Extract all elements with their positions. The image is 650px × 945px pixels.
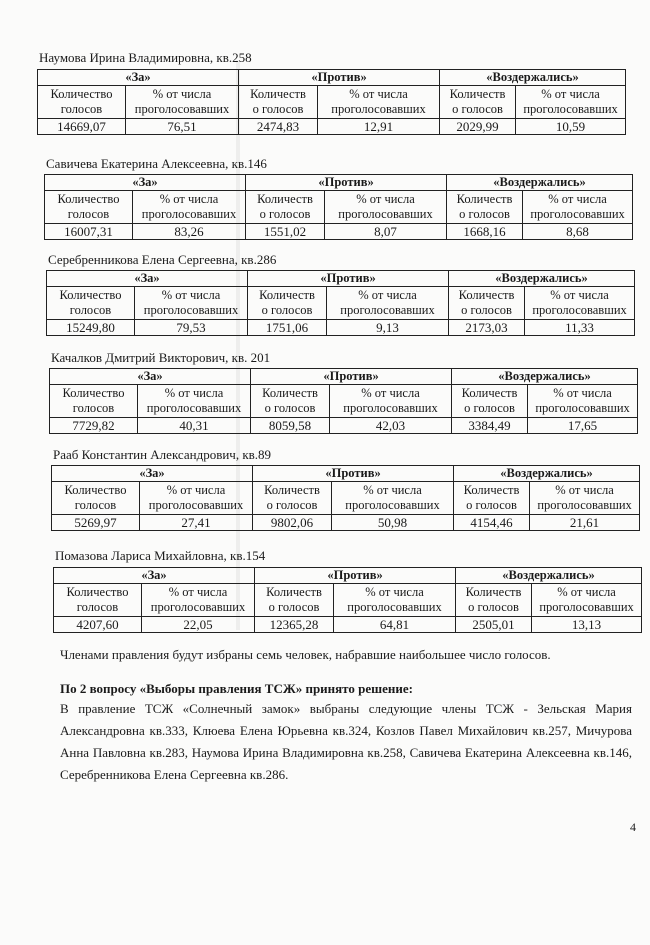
column-header-line: о голосов	[248, 303, 326, 318]
scan-shadow	[236, 60, 240, 630]
column-header: Количествоголосов	[47, 287, 135, 320]
vote-table: «За»«Против»«Воздержались»Количествоголо…	[37, 69, 626, 135]
column-group-header: «Против»	[255, 568, 456, 584]
column-header-line: Количество	[47, 288, 134, 303]
decision-heading: По 2 вопросу «Выборы правления ТСЖ» прин…	[60, 678, 632, 700]
column-header-line: о голосов	[239, 102, 317, 117]
vote-value: 42,03	[330, 418, 452, 434]
vote-value: 8059,58	[251, 418, 330, 434]
vote-value: 12365,28	[255, 617, 334, 633]
column-group-header: «Воздержались»	[449, 271, 635, 287]
vote-value: 5269,97	[52, 515, 140, 531]
vote-value: 27,41	[140, 515, 253, 531]
column-header-line: проголосовавших	[142, 600, 254, 615]
column-header-line: Количеств	[239, 87, 317, 102]
column-header-line: Количеств	[449, 288, 524, 303]
column-header: % от числапроголосовавших	[126, 86, 239, 119]
column-group-header: «Против»	[239, 70, 440, 86]
vote-table: «За»«Против»«Воздержались»Количествоголо…	[53, 567, 642, 633]
vote-value: 11,33	[525, 320, 635, 336]
vote-value: 1751,06	[248, 320, 327, 336]
vote-value: 2474,83	[239, 119, 318, 135]
column-header-line: Количеств	[255, 585, 333, 600]
column-header-line: о голосов	[253, 498, 331, 513]
column-header: Количество голосов	[253, 482, 332, 515]
column-header-line: о голосов	[246, 207, 324, 222]
vote-value: 22,05	[142, 617, 255, 633]
column-header-line: Количеств	[447, 192, 522, 207]
decision-text: В правление ТСЖ «Солнечный замок» выбран…	[60, 698, 632, 786]
column-group-header: «Против»	[248, 271, 449, 287]
column-header-line: голосов	[50, 401, 137, 416]
table-row: 15249,8079,531751,069,132173,0311,33	[47, 320, 635, 336]
column-header-line: о голосов	[255, 600, 333, 615]
column-header-line: % от числа	[523, 192, 632, 207]
column-header-line: % от числа	[530, 483, 639, 498]
column-header: Количество голосов	[440, 86, 516, 119]
column-header-line: голосов	[52, 498, 139, 513]
column-header: % от числапроголосовавших	[516, 86, 626, 119]
vote-value: 8,07	[325, 224, 447, 240]
column-header: % от числапроголосовавших	[530, 482, 640, 515]
vote-value: 14669,07	[38, 119, 126, 135]
vote-value: 7729,82	[50, 418, 138, 434]
column-group-header: «Воздержались»	[447, 175, 633, 191]
column-header: Количество голосов	[449, 287, 525, 320]
column-group-header: «Воздержались»	[452, 369, 638, 385]
column-header: % от числапроголосовавших	[318, 86, 440, 119]
column-group-header: «За»	[47, 271, 248, 287]
column-header-line: % от числа	[332, 483, 453, 498]
column-header-line: проголосовавших	[532, 600, 641, 615]
column-header: % от числапроголосовавших	[140, 482, 253, 515]
vote-value: 12,91	[318, 119, 440, 135]
election-note: Членами правления будут избраны семь чел…	[60, 644, 632, 666]
column-header-line: проголосовавших	[528, 401, 637, 416]
column-group-header: «За»	[45, 175, 246, 191]
column-header: % от числапроголосовавших	[138, 385, 251, 418]
column-header-line: Количество	[52, 483, 139, 498]
column-header-line: голосов	[54, 600, 141, 615]
vote-value: 79,53	[135, 320, 248, 336]
column-header-line: % от числа	[525, 288, 634, 303]
vote-value: 13,13	[532, 617, 642, 633]
column-header-line: Количество	[45, 192, 132, 207]
vote-value: 40,31	[138, 418, 251, 434]
column-header-line: проголосовавших	[327, 303, 448, 318]
vote-value: 10,59	[516, 119, 626, 135]
column-header: % от числапроголосовавших	[325, 191, 447, 224]
column-header-line: Количество	[50, 386, 137, 401]
column-header: Количество голосов	[251, 385, 330, 418]
column-header-line: Количеств	[440, 87, 515, 102]
column-header-line: Количеств	[456, 585, 531, 600]
column-group-header: «За»	[50, 369, 251, 385]
column-header-line: проголосовавших	[516, 102, 625, 117]
column-header-line: Количеств	[454, 483, 529, 498]
vote-table: «За»«Против»«Воздержались»Количествоголо…	[46, 270, 635, 336]
candidate-name: Качалков Дмитрий Викторович, кв. 201	[51, 350, 270, 365]
vote-value: 2505,01	[456, 617, 532, 633]
column-header: % от числапроголосовавших	[135, 287, 248, 320]
column-header: Количество голосов	[246, 191, 325, 224]
column-header-line: о голосов	[447, 207, 522, 222]
column-header: % от числапроголосовавших	[528, 385, 638, 418]
column-group-header: «За»	[52, 466, 253, 482]
vote-value: 4154,46	[454, 515, 530, 531]
column-header: % от числапроголосовавших	[330, 385, 452, 418]
vote-value: 8,68	[523, 224, 633, 240]
column-header: Количество голосов	[456, 584, 532, 617]
vote-value: 4207,60	[54, 617, 142, 633]
column-header-line: Количеств	[248, 288, 326, 303]
column-group-header: «Воздержались»	[454, 466, 640, 482]
column-header: % от числапроголосовавших	[523, 191, 633, 224]
column-header-line: голосов	[47, 303, 134, 318]
vote-value: 21,61	[530, 515, 640, 531]
column-header: Количествоголосов	[54, 584, 142, 617]
column-header-line: % от числа	[142, 585, 254, 600]
vote-value: 1668,16	[447, 224, 523, 240]
vote-value: 3384,49	[452, 418, 528, 434]
column-header-line: проголосовавших	[325, 207, 446, 222]
column-header: % от числапроголосовавших	[334, 584, 456, 617]
column-header-line: голосов	[38, 102, 125, 117]
column-header-line: Количеств	[246, 192, 324, 207]
vote-value: 2029,99	[440, 119, 516, 135]
column-group-header: «За»	[54, 568, 255, 584]
column-header-line: проголосовавших	[530, 498, 639, 513]
column-header-line: проголосовавших	[332, 498, 453, 513]
column-group-header: «Против»	[253, 466, 454, 482]
column-header: % от числапроголосовавших	[525, 287, 635, 320]
table-row: 14669,0776,512474,8312,912029,9910,59	[38, 119, 626, 135]
column-header-line: о голосов	[456, 600, 531, 615]
column-header-line: % от числа	[318, 87, 439, 102]
column-header: Количествоголосов	[52, 482, 140, 515]
column-header: Количествоголосов	[50, 385, 138, 418]
vote-value: 17,65	[528, 418, 638, 434]
column-header-line: проголосовавших	[330, 401, 451, 416]
column-header-line: голосов	[45, 207, 132, 222]
column-header-line: о голосов	[454, 498, 529, 513]
column-header-line: о голосов	[440, 102, 515, 117]
column-group-header: «За»	[38, 70, 239, 86]
column-header: % от числапроголосовавших	[532, 584, 642, 617]
column-header: Количество голосов	[452, 385, 528, 418]
vote-table: «За»«Против»«Воздержались»Количествоголо…	[49, 368, 638, 434]
column-header-line: % от числа	[325, 192, 446, 207]
column-header: % от числапроголосовавших	[327, 287, 449, 320]
column-header-line: % от числа	[140, 483, 252, 498]
column-group-header: «Против»	[251, 369, 452, 385]
column-header-line: проголосовавших	[523, 207, 632, 222]
column-header: % от числапроголосовавших	[133, 191, 246, 224]
candidate-name: Рааб Константин Александрович, кв.89	[53, 447, 271, 462]
vote-value: 64,81	[334, 617, 456, 633]
column-header: % от числапроголосовавших	[142, 584, 255, 617]
column-header-line: проголосовавших	[133, 207, 245, 222]
column-header-line: Количеств	[251, 386, 329, 401]
column-header-line: % от числа	[135, 288, 247, 303]
column-group-header: «Воздержались»	[440, 70, 626, 86]
column-header-line: проголосовавших	[135, 303, 247, 318]
page-number: 4	[630, 820, 636, 835]
vote-value: 1551,02	[246, 224, 325, 240]
column-header-line: Количество	[54, 585, 141, 600]
column-header-line: проголосовавших	[318, 102, 439, 117]
candidate-name: Наумова Ирина Владимировна, кв.258	[39, 50, 252, 65]
vote-value: 76,51	[126, 119, 239, 135]
column-header-line: % от числа	[126, 87, 238, 102]
column-header-line: о голосов	[251, 401, 329, 416]
column-header-line: % от числа	[138, 386, 250, 401]
column-group-header: «Воздержались»	[456, 568, 642, 584]
candidate-name: Серебренникова Елена Сергеевна, кв.286	[48, 252, 276, 267]
column-header-line: Количеств	[253, 483, 331, 498]
vote-value: 2173,03	[449, 320, 525, 336]
vote-value: 50,98	[332, 515, 454, 531]
column-header: Количествоголосов	[45, 191, 133, 224]
column-header-line: проголосовавших	[334, 600, 455, 615]
vote-value: 15249,80	[47, 320, 135, 336]
column-header: Количество голосов	[239, 86, 318, 119]
column-header: Количество голосов	[248, 287, 327, 320]
column-header-line: % от числа	[327, 288, 448, 303]
column-header-line: проголосовавших	[140, 498, 252, 513]
column-header-line: проголосовавших	[126, 102, 238, 117]
column-header-line: % от числа	[516, 87, 625, 102]
column-header-line: % от числа	[528, 386, 637, 401]
vote-table: «За»«Против»«Воздержались»Количествоголо…	[44, 174, 633, 240]
column-header-line: % от числа	[334, 585, 455, 600]
vote-value: 83,26	[133, 224, 246, 240]
column-header-line: о голосов	[449, 303, 524, 318]
column-header-line: % от числа	[532, 585, 641, 600]
table-row: 7729,8240,318059,5842,033384,4917,65	[50, 418, 638, 434]
column-header: Количество голосов	[255, 584, 334, 617]
column-header-line: % от числа	[133, 192, 245, 207]
candidate-name: Савичева Екатерина Алексеевна, кв.146	[46, 156, 267, 171]
column-header: Количество голосов	[447, 191, 523, 224]
column-header-line: Количество	[38, 87, 125, 102]
table-row: 16007,3183,261551,028,071668,168,68	[45, 224, 633, 240]
column-header-line: проголосовавших	[525, 303, 634, 318]
column-header: % от числапроголосовавших	[332, 482, 454, 515]
column-header-line: Количеств	[452, 386, 527, 401]
vote-table: «За»«Против»«Воздержались»Количествоголо…	[51, 465, 640, 531]
vote-value: 16007,31	[45, 224, 133, 240]
column-header-line: о голосов	[452, 401, 527, 416]
column-header: Количество голосов	[454, 482, 530, 515]
column-header-line: % от числа	[330, 386, 451, 401]
column-group-header: «Против»	[246, 175, 447, 191]
table-row: 4207,6022,0512365,2864,812505,0113,13	[54, 617, 642, 633]
table-row: 5269,9727,419802,0650,984154,4621,61	[52, 515, 640, 531]
column-header: Количествоголосов	[38, 86, 126, 119]
candidate-name: Помазова Лариса Михайловна, кв.154	[55, 548, 265, 563]
column-header-line: проголосовавших	[138, 401, 250, 416]
vote-value: 9802,06	[253, 515, 332, 531]
vote-value: 9,13	[327, 320, 449, 336]
